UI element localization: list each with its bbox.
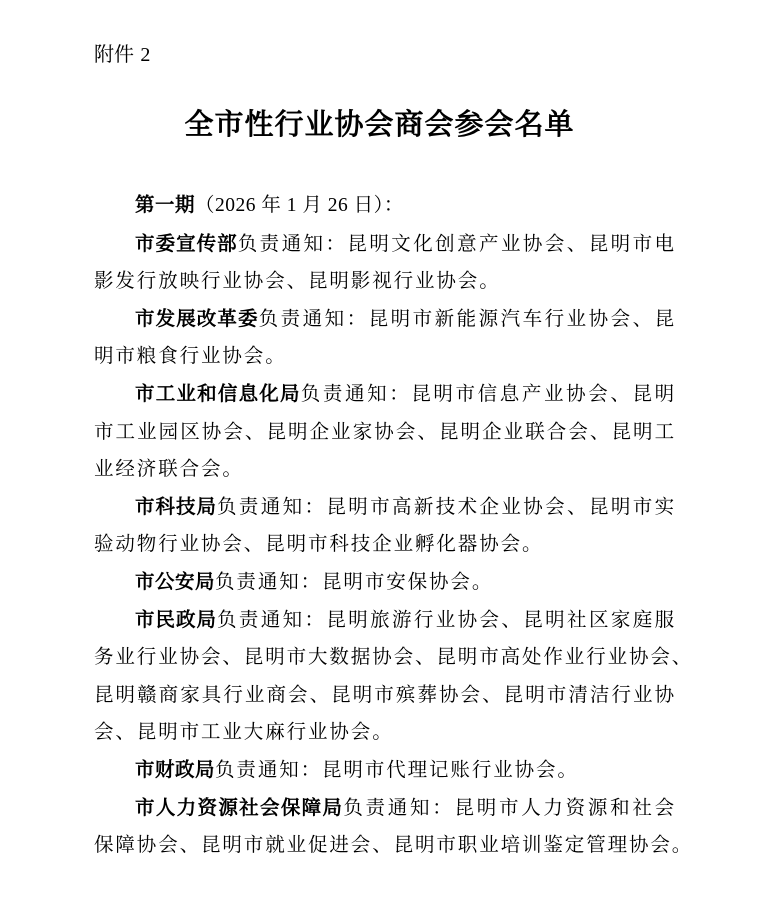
entry-development-reform-commission: 市发展改革委负责通知：昆明市新能源汽车行业协会、昆 明市粮食行业协会。	[94, 300, 684, 375]
notify-action: 负责通知：	[259, 307, 369, 330]
associations-text: 昆明文化创意产业协会、昆明市电	[347, 232, 676, 255]
department-name: 市财政局	[135, 758, 215, 781]
associations-text: 会、昆明市工业大麻行业协会。	[94, 713, 684, 751]
period-date: （2026 年 1 月 26 日）：	[195, 195, 404, 216]
associations-text: 昆明旅游行业协会、昆明社区家庭服	[326, 608, 676, 631]
associations-text: 业经济联合会。	[94, 450, 684, 488]
department-name: 市委宣传部	[135, 232, 238, 255]
associations-text: 昆明市人力资源和社会	[455, 796, 676, 819]
department-name: 市民政局	[135, 608, 217, 631]
associations-text: 保障协会、昆明市就业促进会、昆明市职业培训鉴定管理协会。	[94, 826, 676, 864]
entry-public-security-bureau: 市公安局负责通知：昆明市安保协会。	[94, 563, 684, 601]
associations-text: 务业行业协会、昆明市大数据协会、昆明市高处作业行业协会、	[94, 638, 676, 676]
department-name: 市人力资源社会保障局	[135, 796, 343, 819]
associations-text: 昆明市信息产业协会、昆明	[411, 382, 676, 405]
attachment-label: 附件 2	[94, 40, 150, 69]
department-name: 市工业和信息化局	[135, 382, 301, 405]
period-heading: 第一期（2026 年 1 月 26 日）：	[94, 186, 684, 225]
entry-science-tech-bureau: 市科技局负责通知：昆明市高新技术企业协会、昆明市实 验动物行业协会、昆明市科技企…	[94, 488, 684, 563]
entry-propaganda-dept: 市委宣传部负责通知：昆明文化创意产业协会、昆明市电 影发行放映行业协会、昆明影视…	[94, 225, 684, 300]
entry-finance-bureau: 市财政局负责通知：昆明市代理记账行业协会。	[94, 751, 684, 789]
entry-civil-affairs-bureau: 市民政局负责通知：昆明旅游行业协会、昆明社区家庭服 务业行业协会、昆明市大数据协…	[94, 601, 684, 751]
notify-action: 负责通知：	[217, 495, 326, 518]
associations-text: 昆明市代理记账行业协会。	[322, 758, 579, 781]
notify-action: 负责通知：	[343, 796, 454, 819]
notify-action: 负责通知：	[217, 608, 326, 631]
notify-action: 负责通知：	[215, 758, 322, 781]
department-name: 市发展改革委	[135, 307, 259, 330]
associations-text: 验动物行业协会、昆明市科技企业孵化器协会。	[94, 525, 684, 563]
entry-human-resources-bureau: 市人力资源社会保障局负责通知：昆明市人力资源和社会 保障协会、昆明市就业促进会、…	[94, 789, 684, 864]
department-name: 市公安局	[135, 570, 215, 593]
notify-action: 负责通知：	[301, 382, 412, 405]
period-label: 第一期	[135, 193, 195, 216]
department-name: 市科技局	[135, 495, 217, 518]
associations-text: 昆明赣商家具行业商会、昆明市殡葬协会、昆明市清洁行业协	[94, 676, 676, 714]
associations-text: 昆明市新能源汽车行业协会、昆	[369, 307, 676, 330]
document-body: 第一期（2026 年 1 月 26 日）： 市委宣传部负责通知：昆明文化创意产业…	[94, 186, 684, 864]
page-title: 全市性行业协会商会参会名单	[0, 104, 759, 144]
notify-action: 负责通知：	[238, 232, 348, 255]
associations-text: 明市粮食行业协会。	[94, 337, 684, 375]
associations-text: 市工业园区协会、昆明企业家协会、昆明企业联合会、昆明工	[94, 413, 676, 451]
attachment-label-text: 附件	[94, 42, 134, 66]
notify-action: 负责通知：	[215, 570, 322, 593]
associations-text: 昆明市高新技术企业协会、昆明市实	[326, 495, 676, 518]
attachment-number: 2	[140, 44, 150, 66]
associations-text: 影发行放映行业协会、昆明影视行业协会。	[94, 262, 684, 300]
entry-industry-it-bureau: 市工业和信息化局负责通知：昆明市信息产业协会、昆明 市工业园区协会、昆明企业家协…	[94, 375, 684, 488]
associations-text: 昆明市安保协会。	[322, 570, 493, 593]
